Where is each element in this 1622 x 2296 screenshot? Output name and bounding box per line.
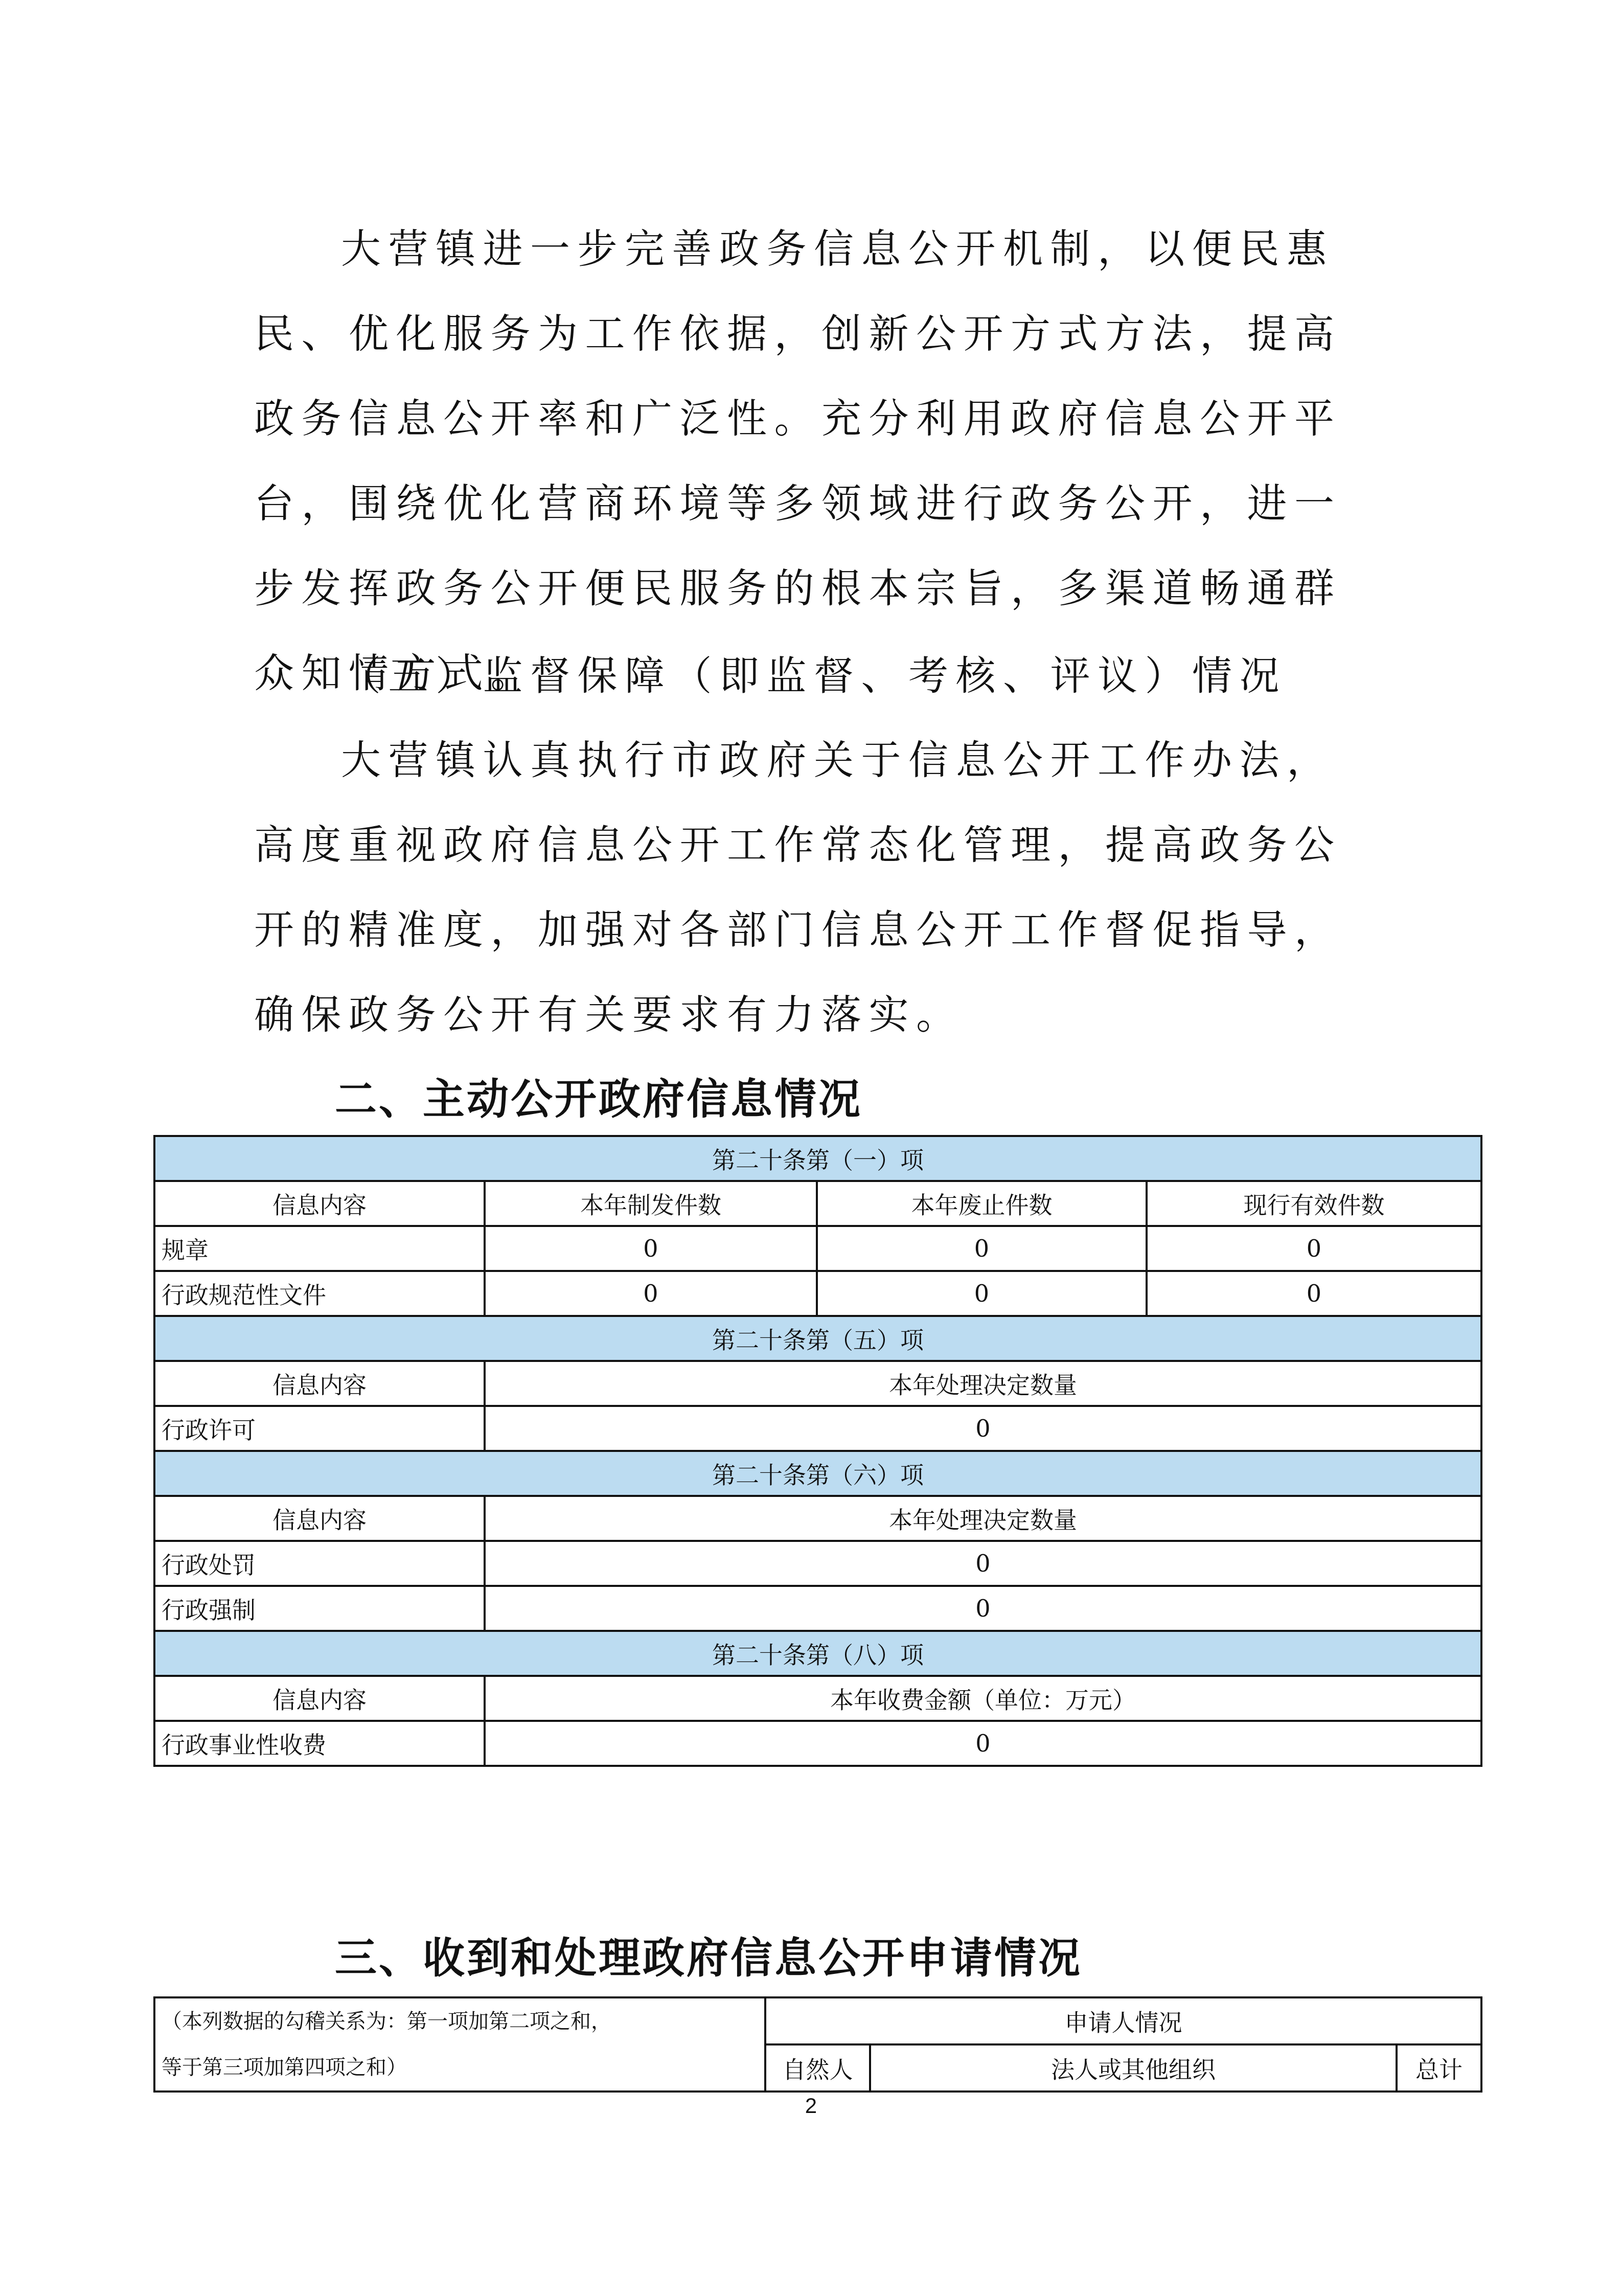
proactive-disclosure-table: 第二十条第（一）项 信息内容 本年制发件数 本年废止件数 现行有效件数 规章 0…	[153, 1135, 1482, 1767]
cell-value: 0	[485, 1586, 1481, 1631]
formula-note-line1: （本列数据的勾稽关系为：第一项加第二项之和，	[162, 1998, 758, 2044]
row-label: 行政处罚	[154, 1541, 485, 1586]
applications-table: （本列数据的勾稽关系为：第一项加第二项之和， 等于第三项加第四项之和） 申请人情…	[153, 1996, 1482, 2093]
cell-value: 0	[485, 1541, 1481, 1586]
column-header-natural-person: 自然人	[765, 2044, 870, 2092]
table-header-row: （本列数据的勾稽关系为：第一项加第二项之和， 等于第三项加第四项之和） 申请人情…	[154, 1997, 1481, 2044]
page-number: 2	[0, 2094, 1622, 2118]
cell-value: 0	[485, 1271, 817, 1316]
table-band-row: 第二十条第（六）项	[154, 1451, 1481, 1496]
table-band-row: 第二十条第（五）项	[154, 1316, 1481, 1361]
column-header: 本年处理决定数量	[485, 1361, 1481, 1406]
column-header: 本年收费金额（单位：万元）	[485, 1676, 1481, 1721]
cell-value: 0	[1147, 1271, 1481, 1316]
paragraph-supervision: 大营镇认真执行市政府关于信息公开工作办法，高度重视政府信息公开工作常态化管理，提…	[254, 718, 1379, 1058]
table-row: 行政强制 0	[154, 1586, 1481, 1631]
cell-value: 0	[485, 1406, 1481, 1451]
table-header-row: 信息内容 本年处理决定数量	[154, 1361, 1481, 1406]
cell-value: 0	[485, 1226, 817, 1271]
column-header: 本年处理决定数量	[485, 1496, 1481, 1541]
row-label: 行政规范性文件	[154, 1271, 485, 1316]
cell-value: 0	[485, 1721, 1481, 1766]
column-header: 现行有效件数	[1147, 1181, 1481, 1226]
cell-value: 0	[817, 1226, 1147, 1271]
row-label: 行政许可	[154, 1406, 485, 1451]
subheading-supervision: （五）监督保障（即监督、考核、评议）情况	[254, 634, 1379, 719]
table-row: 行政规范性文件 0 0 0	[154, 1271, 1481, 1316]
column-header: 信息内容	[154, 1496, 485, 1541]
band-article20-item6: 第二十条第（六）项	[154, 1451, 1481, 1496]
table-header-row: 信息内容 本年处理决定数量	[154, 1496, 1481, 1541]
formula-note: （本列数据的勾稽关系为：第一项加第二项之和， 等于第三项加第四项之和）	[154, 1997, 765, 2092]
applicant-header: 申请人情况	[765, 1997, 1481, 2044]
row-label: 行政事业性收费	[154, 1721, 485, 1766]
row-label: 规章	[154, 1226, 485, 1271]
table-row: 行政事业性收费 0	[154, 1721, 1481, 1766]
row-label: 行政强制	[154, 1586, 485, 1631]
cell-value: 0	[817, 1271, 1147, 1316]
section-title-proactive-disclosure: 二、主动公开政府信息情况	[335, 1066, 862, 1126]
column-header-legal-entity: 法人或其他组织	[870, 2044, 1397, 2092]
band-article20-item8: 第二十条第（八）项	[154, 1631, 1481, 1676]
table-header-row: 信息内容 本年收费金额（单位：万元）	[154, 1676, 1481, 1721]
table-band-row: 第二十条第（一）项	[154, 1136, 1481, 1181]
band-article20-item5: 第二十条第（五）项	[154, 1316, 1481, 1361]
section-title-applications: 三、收到和处理政府信息公开申请情况	[335, 1925, 1082, 1985]
formula-note-line2: 等于第三项加第四项之和）	[162, 2044, 758, 2090]
table-row: 行政许可 0	[154, 1406, 1481, 1451]
column-header: 信息内容	[154, 1676, 485, 1721]
column-header: 本年制发件数	[485, 1181, 817, 1226]
band-article20-item1: 第二十条第（一）项	[154, 1136, 1481, 1181]
table-band-row: 第二十条第（八）项	[154, 1631, 1481, 1676]
column-header: 信息内容	[154, 1181, 485, 1226]
column-header: 信息内容	[154, 1361, 485, 1406]
table-row: 行政处罚 0	[154, 1541, 1481, 1586]
table-header-row: 信息内容 本年制发件数 本年废止件数 现行有效件数	[154, 1181, 1481, 1226]
column-header-total: 总计	[1397, 2044, 1481, 2092]
cell-value: 0	[1147, 1226, 1481, 1271]
column-header: 本年废止件数	[817, 1181, 1147, 1226]
table-row: 规章 0 0 0	[154, 1226, 1481, 1271]
